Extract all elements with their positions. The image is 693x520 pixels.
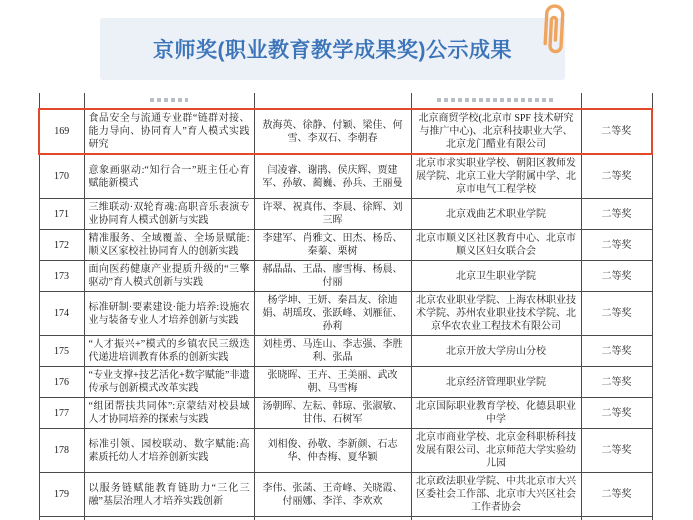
completers-cell: 李建军、肖雅文、田杰、杨岳、秦蓁、栗树: [254, 230, 411, 261]
award-level-cell: 二等奖: [581, 336, 652, 367]
organizations-cell: 北京市顺义区社区教育中心、北京市顺义区妇女联合会: [411, 230, 581, 261]
achievement-title-cell: “人才振兴+”模式的乡镇农民三级迭代递进培训教育体系的创新实践: [84, 336, 254, 367]
organizations-cell: 北京市商业学校、北京金科职桥科技发展有限公司、北京师范大学实验幼儿园: [411, 429, 581, 473]
row-number-cell: 175: [39, 336, 84, 367]
organizations-cell: [411, 517, 581, 520]
row-number-cell: 171: [39, 199, 84, 230]
clipped-text-remnant: [437, 98, 555, 102]
row-number-cell: 174: [39, 292, 84, 336]
row-number-cell: 178: [39, 429, 84, 473]
achievement-title-cell: [84, 93, 254, 109]
achievement-title-cell: [84, 517, 254, 520]
award-level-cell: 二等奖: [581, 292, 652, 336]
completers-cell: 张晓晖、王卉、王美丽、武改朝、马雪梅: [254, 367, 411, 398]
organizations-cell: 北京卫生职业学院: [411, 261, 581, 292]
table-row: 175“人才振兴+”模式的乡镇农民三级迭代递进培训教育体系的创新实践刘桂勇、马连…: [39, 336, 652, 367]
award-level-cell: 二等奖: [581, 261, 652, 292]
completers-cell: 李伟、张菡、王奇峰、关晓霞、付丽娜、李洋、李欢欢: [254, 473, 411, 517]
award-level-cell: 二等奖: [581, 109, 652, 154]
row-number-cell: [39, 517, 84, 520]
award-level-cell: [581, 93, 652, 109]
completers-cell: 闫凌睿、谢鹃、侯庆辉、贾建军、孙敏、蔺巍、孙兵、王丽曼: [254, 154, 411, 199]
table-row: 173面向医药健康产业提质升级的“三擎驱动”育人模式创新与实践郝晶晶、王晶、廖雪…: [39, 261, 652, 292]
organizations-cell: 北京农业职业学院、上海农林职业技术学院、苏州农业职业技术学院、北京华农农业工程技…: [411, 292, 581, 336]
completers-cell: [254, 517, 411, 520]
completers-cell: 汤朝晖、左耘、韩琼、张淑敏、甘伟、石树军: [254, 398, 411, 429]
award-level-cell: 二等奖: [581, 154, 652, 199]
table-row: 169食品安全与流通专业群“链群对接、能力导向、协同育人”育人模式实践研究敖海英…: [39, 109, 652, 154]
awards-table: 169食品安全与流通专业群“链群对接、能力导向、协同育人”育人模式实践研究敖海英…: [38, 93, 653, 520]
organizations-cell: 北京经济管理职业学院: [411, 367, 581, 398]
organizations-cell: 北京商贸学校(北京市 SPF 技术研究与推广中心)、北京科技职业大学、北京龙门醋…: [411, 109, 581, 154]
achievement-title-cell: 面向医药健康产业提质升级的“三擎驱动”育人模式创新与实践: [84, 261, 254, 292]
organizations-cell: 北京政法职业学院、中共北京市大兴区委社会工作部、北京市大兴区社会工作者协会: [411, 473, 581, 517]
row-number-cell: 172: [39, 230, 84, 261]
row-number-cell: [39, 93, 84, 109]
awards-table-wrap: 169食品安全与流通专业群“链群对接、能力导向、协同育人”育人模式实践研究敖海英…: [38, 93, 653, 520]
header-banner: 京师奖(职业教育教学成果奖)公示成果: [100, 18, 565, 80]
paperclip-icon: [535, 0, 574, 57]
row-number-cell: 177: [39, 398, 84, 429]
award-level-cell: 二等奖: [581, 367, 652, 398]
table-row: 179以服务链赋能教育链助力“三化三融”基层治理人才培养实践创新李伟、张菡、王奇…: [39, 473, 652, 517]
completers-cell: 郝晶晶、王晶、廖雪梅、杨晨、付丽: [254, 261, 411, 292]
completers-cell: 杨学坤、王妍、秦昌友、徐迪娟、胡瑶玫、张跃峰、刘雁征、孙莉: [254, 292, 411, 336]
achievement-title-cell: 精准服务、全域覆盖、全场景赋能:顺义区家校社协同育人的创新实践: [84, 230, 254, 261]
row-number-cell: 173: [39, 261, 84, 292]
achievement-title-cell: “组团帮扶共同体”:京蒙结对校县域人才协同培养的探索与实践: [84, 398, 254, 429]
row-number-cell: 169: [39, 109, 84, 154]
completers-cell: 刘桂勇、马连山、李志强、李胜利、张晶: [254, 336, 411, 367]
award-level-cell: 二等奖: [581, 230, 652, 261]
award-level-cell: 二等奖: [581, 429, 652, 473]
table-row: 178标准引领、园校联动、数字赋能:高素质托幼人才培养创新实践刘相俊、孙敬、李新…: [39, 429, 652, 473]
row-number-cell: 179: [39, 473, 84, 517]
organizations-cell: 北京市求实职业学校、朝阳区教师发展学院、北京工业大学附属中学、北京市电气工程学校: [411, 154, 581, 199]
award-level-cell: 二等奖: [581, 473, 652, 517]
award-level-cell: 二等奖: [581, 199, 652, 230]
table-row: 172精准服务、全域覆盖、全场景赋能:顺义区家校社协同育人的创新实践李建军、肖雅…: [39, 230, 652, 261]
table-row: 170意象画驱动:“知行合一”班主任心育赋能新模式闫凌睿、谢鹃、侯庆辉、贾建军、…: [39, 154, 652, 199]
page-title: 京师奖(职业教育教学成果奖)公示成果: [153, 34, 512, 64]
achievement-title-cell: 意象画驱动:“知行合一”班主任心育赋能新模式: [84, 154, 254, 199]
organizations-cell: 北京戏曲艺术职业学院: [411, 199, 581, 230]
award-level-cell: 二等奖: [581, 398, 652, 429]
clipped-text-remnant: [150, 98, 188, 102]
achievement-title-cell: “专业支撑+技艺活化+数字赋能”非遗传承与创新模式改革实践: [84, 367, 254, 398]
table-row: 174标准研制·要素建设·能力培养:设施农业与装备专业人才培养创新与实践杨学坤、…: [39, 292, 652, 336]
achievement-title-cell: 标准引领、园校联动、数字赋能:高素质托幼人才培养创新实践: [84, 429, 254, 473]
row-number-cell: 170: [39, 154, 84, 199]
clipped-row-bottom: [39, 517, 652, 520]
table-row: 171三维联动·双轮育魂:高职音乐表演专业协同育人模式创新与实践许翠、祝真伟、李…: [39, 199, 652, 230]
achievement-title-cell: 三维联动·双轮育魂:高职音乐表演专业协同育人模式创新与实践: [84, 199, 254, 230]
completers-cell: 许翠、祝真伟、李晨、徐辉、刘三晖: [254, 199, 411, 230]
achievement-title-cell: 食品安全与流通专业群“链群对接、能力导向、协同育人”育人模式实践研究: [84, 109, 254, 154]
completers-cell: 刘相俊、孙敬、李新颜、石志华、仲杏梅、夏华颖: [254, 429, 411, 473]
row-number-cell: 176: [39, 367, 84, 398]
clipped-row-top: [39, 93, 652, 109]
achievement-title-cell: 以服务链赋能教育链助力“三化三融”基层治理人才培养实践创新: [84, 473, 254, 517]
table-row: 176“专业支撑+技艺活化+数字赋能”非遗传承与创新模式改革实践张晓晖、王卉、王…: [39, 367, 652, 398]
organizations-cell: 北京开放大学房山分校: [411, 336, 581, 367]
organizations-cell: [411, 93, 581, 109]
completers-cell: [254, 93, 411, 109]
award-level-cell: [581, 517, 652, 520]
completers-cell: 敖海英、徐静、付颖、梁佳、何雪、李双石、李朝春: [254, 109, 411, 154]
table-row: 177“组团帮扶共同体”:京蒙结对校县域人才协同培养的探索与实践汤朝晖、左耘、韩…: [39, 398, 652, 429]
organizations-cell: 北京国际职业教育学校、化德县职业中学: [411, 398, 581, 429]
achievement-title-cell: 标准研制·要素建设·能力培养:设施农业与装备专业人才培养创新与实践: [84, 292, 254, 336]
